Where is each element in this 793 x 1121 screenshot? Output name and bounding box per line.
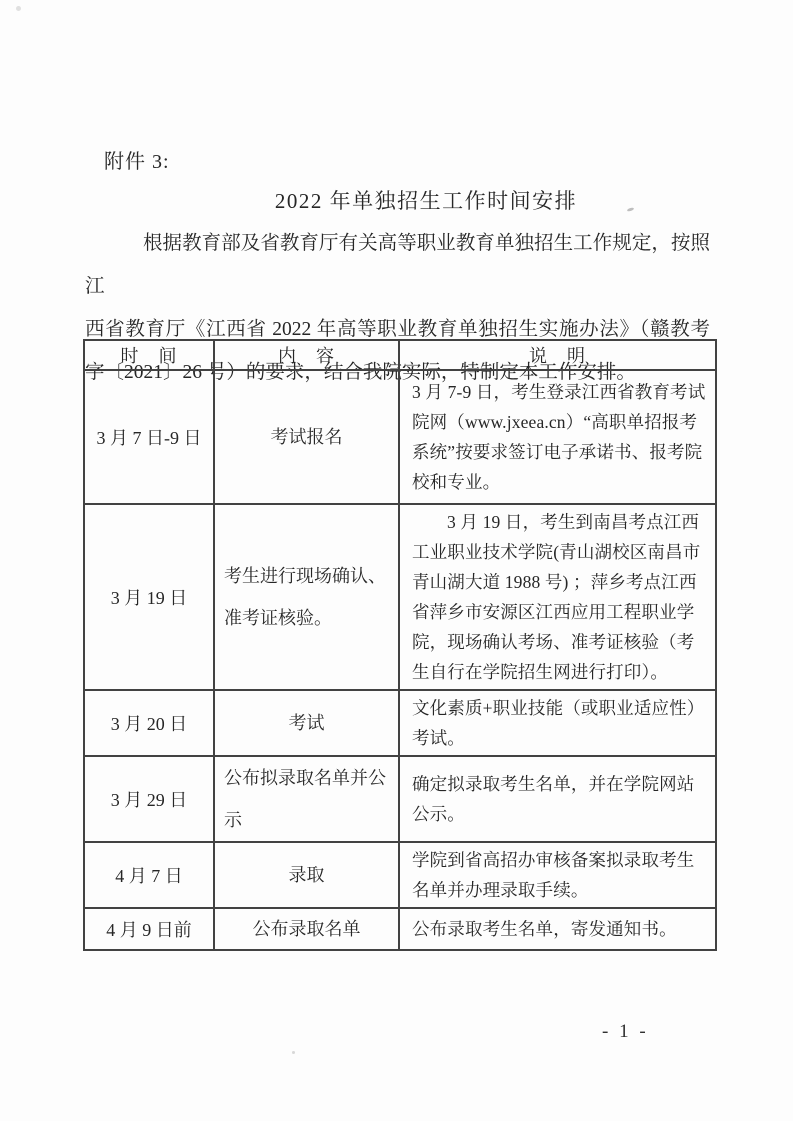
- table-row: 3 月 7 日-9 日 考试报名 3 月 7-9 日，考生登录江西省教育考试院网…: [84, 370, 716, 504]
- column-header-time: 时 间: [84, 340, 214, 370]
- table-row: 4 月 9 日前 公布录取名单 公布录取考生名单，寄发通知书。: [84, 908, 716, 950]
- schedule-table: 时 间 内 容 说 明 3 月 7 日-9 日 考试报名 3 月 7-9 日，考…: [83, 339, 717, 951]
- scan-artifact: [292, 1051, 295, 1054]
- description-cell: 3 月 7-9 日，考生登录江西省教育考试院网（www.jxeea.cn）“高职…: [399, 370, 716, 504]
- document-title: 2022 年单独招生工作时间安排: [85, 185, 715, 215]
- page-number: - 1 -: [602, 1021, 649, 1043]
- description-cell: 公布录取考生名单，寄发通知书。: [399, 908, 716, 950]
- time-cell: 3 月 19 日: [84, 504, 214, 690]
- content-cell: 考生进行现场确认、准考证核验。: [214, 504, 399, 690]
- time-cell: 3 月 20 日: [84, 690, 214, 756]
- content-cell: 考试报名: [214, 370, 399, 504]
- table-row: 3 月 20 日 考试 文化素质+职业技能（或职业适应性）考试。: [84, 690, 716, 756]
- description-cell: 文化素质+职业技能（或职业适应性）考试。: [399, 690, 716, 756]
- time-cell: 3 月 29 日: [84, 756, 214, 842]
- table-row: 3 月 19 日 考生进行现场确认、准考证核验。 3 月 19 日，考生到南昌考…: [84, 504, 716, 690]
- time-cell: 4 月 9 日前: [84, 908, 214, 950]
- scan-artifact: [16, 6, 21, 11]
- column-header-content: 内 容: [214, 340, 399, 370]
- description-cell: 3 月 19 日，考生到南昌考点江西工业职业技术学院(青山湖校区南昌市青山湖大道…: [399, 504, 716, 690]
- table-row: 3 月 29 日 公布拟录取名单并公示 确定拟录取考生名单，并在学院网站公示。: [84, 756, 716, 842]
- attachment-label: 附件 3:: [104, 145, 170, 174]
- document-page: 附件 3: 2022 年单独招生工作时间安排 根据教育部及省教育厅有关高等职业教…: [0, 0, 793, 1121]
- column-header-description: 说 明: [399, 340, 716, 370]
- description-cell: 确定拟录取考生名单，并在学院网站公示。: [399, 756, 716, 842]
- content-cell: 公布录取名单: [214, 908, 399, 950]
- content-cell: 录取: [214, 842, 399, 908]
- table-row: 4 月 7 日 录取 学院到省高招办审核备案拟录取考生名单并办理录取手续。: [84, 842, 716, 908]
- content-cell: 考试: [214, 690, 399, 756]
- table-header-row: 时 间 内 容 说 明: [84, 340, 716, 370]
- time-cell: 4 月 7 日: [84, 842, 214, 908]
- content-cell: 公布拟录取名单并公示: [214, 756, 399, 842]
- description-cell: 学院到省高招办审核备案拟录取考生名单并办理录取手续。: [399, 842, 716, 908]
- intro-line-1: 根据教育部及省教育厅有关高等职业教育单独招生工作规定，按照江: [85, 222, 710, 308]
- time-cell: 3 月 7 日-9 日: [84, 370, 214, 504]
